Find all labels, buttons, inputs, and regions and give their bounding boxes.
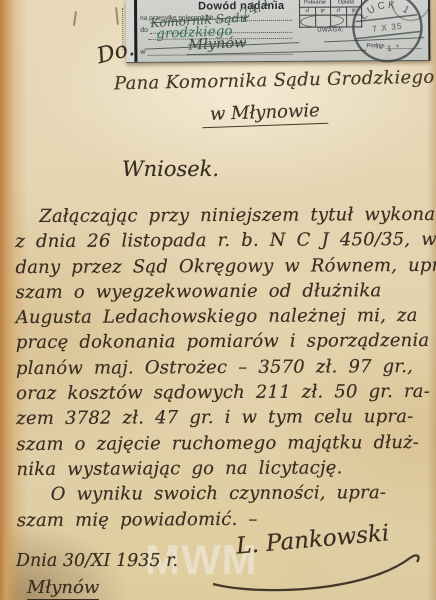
scanned-letter-page: MWM Dowód nadania na przesyłkę poleconą … <box>0 0 436 600</box>
body-line: szam o zajęcie ruchomego majątku dłuż- <box>16 430 432 457</box>
body-line: planów maj. Ostrożec – 3570 zł. 97 gr., <box>16 354 432 381</box>
body-line: zem 3782 zł. 47 gr. i w tym celu upra- <box>16 404 432 431</box>
letter-body: Załączając przy niniejszem tytuł wykonaw… <box>15 202 433 533</box>
letter-heading: Wniosek. <box>122 157 219 181</box>
postmark-bottom-mark: * 1 * <box>379 42 401 54</box>
letter-date: Dnia 30/XI 1935 r. <box>16 551 178 571</box>
body-line: dany przez Sąd Okręgowy w Równem, upra- <box>15 253 431 280</box>
address-line-2: w Młynowie <box>202 100 329 128</box>
body-line: oraz kosztów sądowych 211 zł. 50 gr. ra- <box>16 379 432 406</box>
signature-flourish <box>205 552 433 594</box>
body-line: nika wystawiając go na licytację. <box>16 455 432 482</box>
field-w-label: w <box>140 49 145 56</box>
body-line: O wyniku swoich czynności, upra- <box>17 480 433 507</box>
letter-place: Młynów <box>27 577 99 600</box>
ink-speck <box>115 7 119 25</box>
body-line: szam o wyegzekwowanie od dłużnika <box>16 278 432 305</box>
body-line: z dnia 26 listopada r. b. N C J 450/35, … <box>15 227 431 254</box>
letter-do-prefix: Do. <box>95 36 137 69</box>
body-line: Augusta Ledachowskiego należnej mi, za <box>16 303 432 330</box>
postmark-date: 7 X 35 <box>372 20 404 33</box>
postmark-chord <box>356 32 420 39</box>
postal-receipt-form: Dowód nadania na przesyłkę poleconą Nr d… <box>126 0 430 63</box>
postmark-stamp: ŁUCK 1 7 X 35 * 1 * <box>337 0 436 66</box>
body-line: pracę dokonania pomiarów i sporządzenia <box>16 328 432 355</box>
ink-speck <box>73 11 77 26</box>
address-line-1: Pana Komornika Sądu Grodzkiego <box>114 67 435 95</box>
field-do-label: do <box>140 27 148 34</box>
body-line: Załączając przy niniejszem tytuł wykonaw… <box>15 202 431 229</box>
